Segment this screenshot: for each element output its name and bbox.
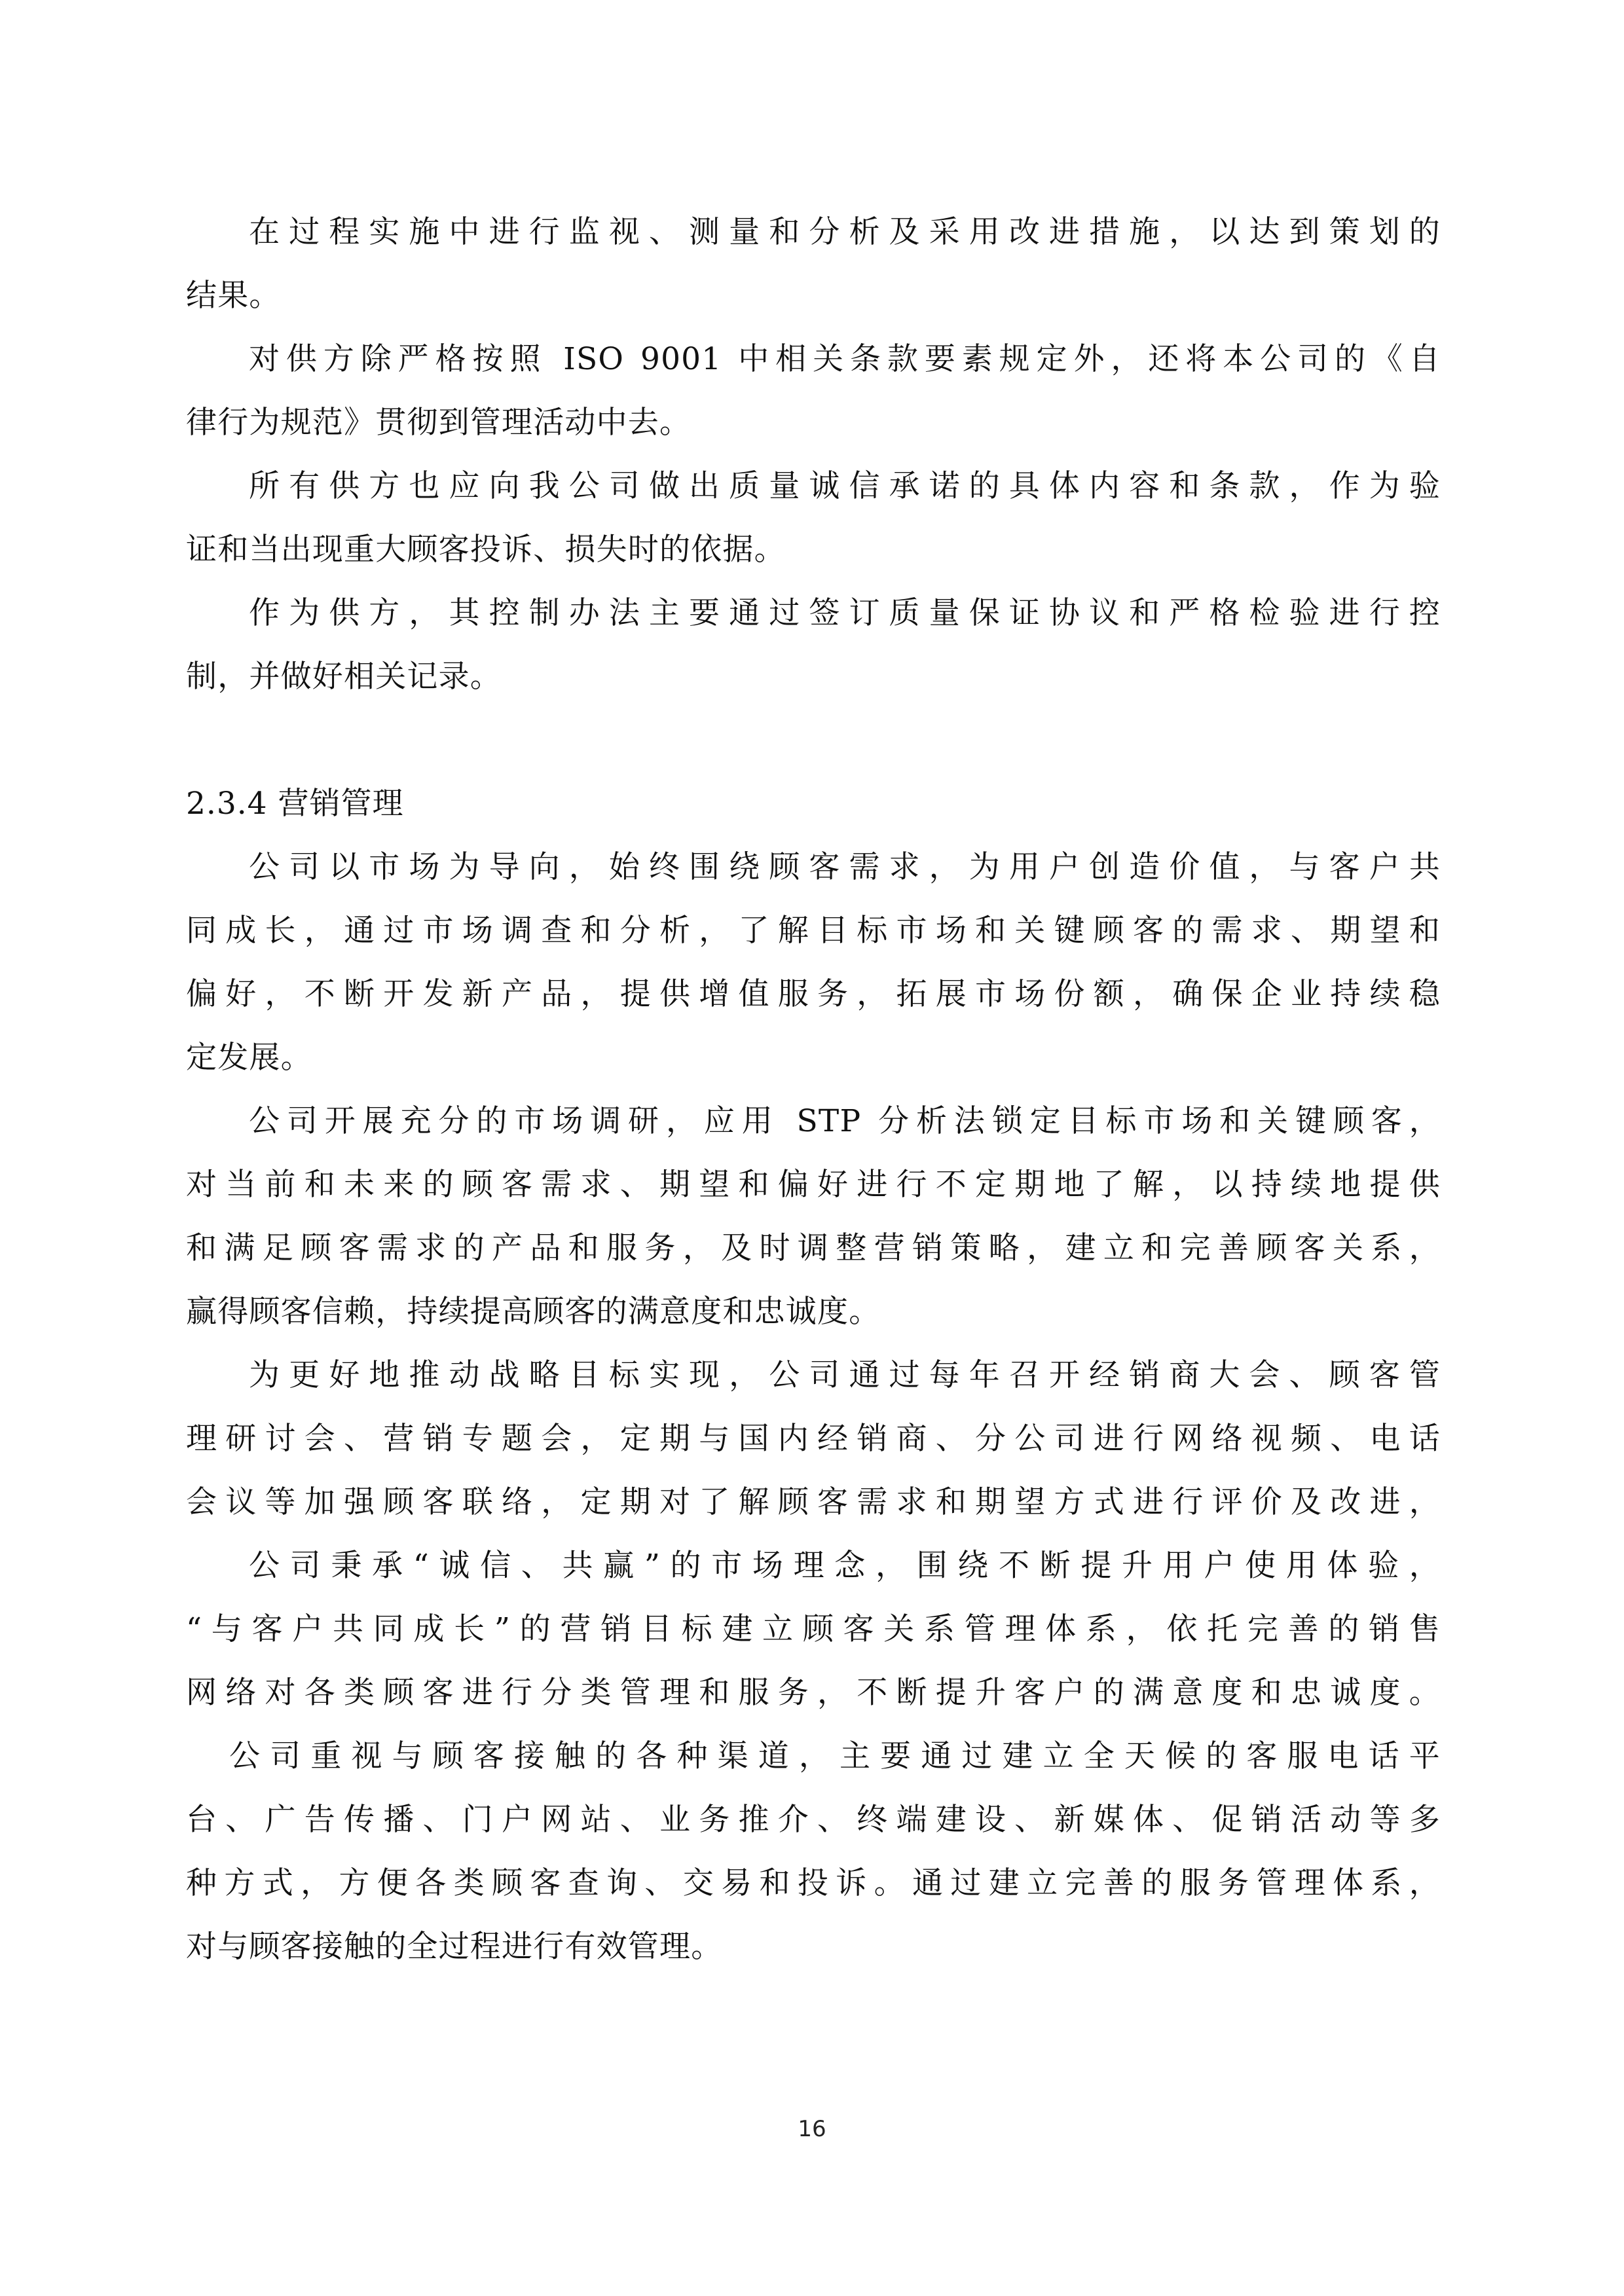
paragraph-line: 理研讨会、营销专题会，定期与国内经销商、分公司进行网络视频、电话 (186, 1407, 1441, 1470)
paragraph-line: 作为供方，其控制办法主要通过签订质量保证协议和严格检验进行控 (186, 581, 1441, 645)
paragraph-line: 律行为规范》贯彻到管理活动中去。 (186, 391, 1441, 454)
paragraph-supplier-iso: 对供方除严格按照 ISO 9001 中相关条款要素规定外，还将本公司的《自 律行… (186, 327, 1441, 454)
paragraph-line: 对与顾客接触的全过程进行有效管理。 (186, 1915, 1441, 1978)
section-spacer (186, 708, 1441, 772)
paragraph-line: 赢得顾客信赖，持续提高顾客的满意度和忠诚度。 (186, 1280, 1441, 1343)
paragraph-line: 公司开展充分的市场调研，应用 STP 分析法锁定目标市场和关键顾客， (186, 1089, 1441, 1153)
paragraph-line: 制，并做好相关记录。 (186, 645, 1441, 708)
paragraph-line: 会议等加强顾客联络，定期对了解顾客需求和期望方式进行评价及改进， (186, 1470, 1441, 1534)
paragraph-line: 公司秉承“诚信、共赢”的市场理念，围绕不断提升用户使用体验， (186, 1534, 1441, 1597)
paragraph-line: 同成长，通过市场调查和分析，了解目标市场和关键顾客的需求、期望和 (186, 899, 1441, 962)
paragraph-line: 和满足顾客需求的产品和服务，及时调整营销策略，建立和完善顾客关系， (186, 1216, 1441, 1280)
paragraph-process-monitoring: 在过程实施中进行监视、测量和分析及采用改进措施，以达到策划的 结果。 (186, 200, 1441, 327)
paragraph-line: 结果。 (186, 264, 1441, 327)
section-heading: 2.3.4 营销管理 (186, 772, 1441, 835)
paragraph-line: 对当前和未来的顾客需求、期望和偏好进行不定期地了解，以持续地提供 (186, 1153, 1441, 1216)
document-page: 在过程实施中进行监视、测量和分析及采用改进措施，以达到策划的 结果。 对供方除严… (186, 200, 1441, 1978)
paragraph-line: 公司以市场为导向，始终围绕顾客需求，为用户创造价值，与客户共 (186, 835, 1441, 899)
paragraph-line: 公司重视与顾客接触的各种渠道，主要通过建立全天候的客服电话平 (186, 1724, 1441, 1788)
paragraph-line: 为更好地推动战略目标实现，公司通过每年召开经销商大会、顾客管 (186, 1343, 1441, 1407)
paragraph-line: 在过程实施中进行监视、测量和分析及采用改进措施，以达到策划的 (186, 200, 1441, 264)
paragraph-line: 种方式，方便各类顾客查询、交易和投诉。通过建立完善的服务管理体系， (186, 1851, 1441, 1915)
paragraph-integrity-philosophy: 公司秉承“诚信、共赢”的市场理念，围绕不断提升用户使用体验， “与客户共同成长”… (186, 1534, 1441, 1724)
paragraph-line: 定发展。 (186, 1026, 1441, 1089)
paragraph-market-orientation: 公司以市场为导向，始终围绕顾客需求，为用户创造价值，与客户共 同成长，通过市场调… (186, 835, 1441, 1089)
paragraph-strategy-meetings: 为更好地推动战略目标实现，公司通过每年召开经销商大会、顾客管 理研讨会、营销专题… (186, 1343, 1441, 1534)
paragraph-line: 偏好，不断开发新产品，提供增值服务，拓展市场份额，确保企业持续稳 (186, 962, 1441, 1026)
paragraph-market-research: 公司开展充分的市场调研，应用 STP 分析法锁定目标市场和关键顾客， 对当前和未… (186, 1089, 1441, 1343)
paragraph-line: 对供方除严格按照 ISO 9001 中相关条款要素规定外，还将本公司的《自 (186, 327, 1441, 391)
paragraph-line: “与客户共同成长”的营销目标建立顾客关系管理体系，依托完善的销售 (186, 1597, 1441, 1661)
paragraph-line: 台、广告传播、门户网站、业务推介、终端建设、新媒体、促销活动等多 (186, 1788, 1441, 1851)
paragraph-supplier-commitment: 所有供方也应向我公司做出质量诚信承诺的具体内容和条款，作为验 证和当出现重大顾客… (186, 454, 1441, 581)
paragraph-line: 网络对各类顾客进行分类管理和服务，不断提升客户的满意度和忠诚度。 (186, 1661, 1441, 1724)
paragraph-line: 证和当出现重大顾客投诉、损失时的依据。 (186, 518, 1441, 581)
paragraph-supplier-control: 作为供方，其控制办法主要通过签订质量保证协议和严格检验进行控 制，并做好相关记录… (186, 581, 1441, 708)
page-number: 16 (0, 2116, 1624, 2142)
paragraph-line: 所有供方也应向我公司做出质量诚信承诺的具体内容和条款，作为验 (186, 454, 1441, 518)
paragraph-customer-channels: 公司重视与顾客接触的各种渠道，主要通过建立全天候的客服电话平 台、广告传播、门户… (186, 1724, 1441, 1978)
